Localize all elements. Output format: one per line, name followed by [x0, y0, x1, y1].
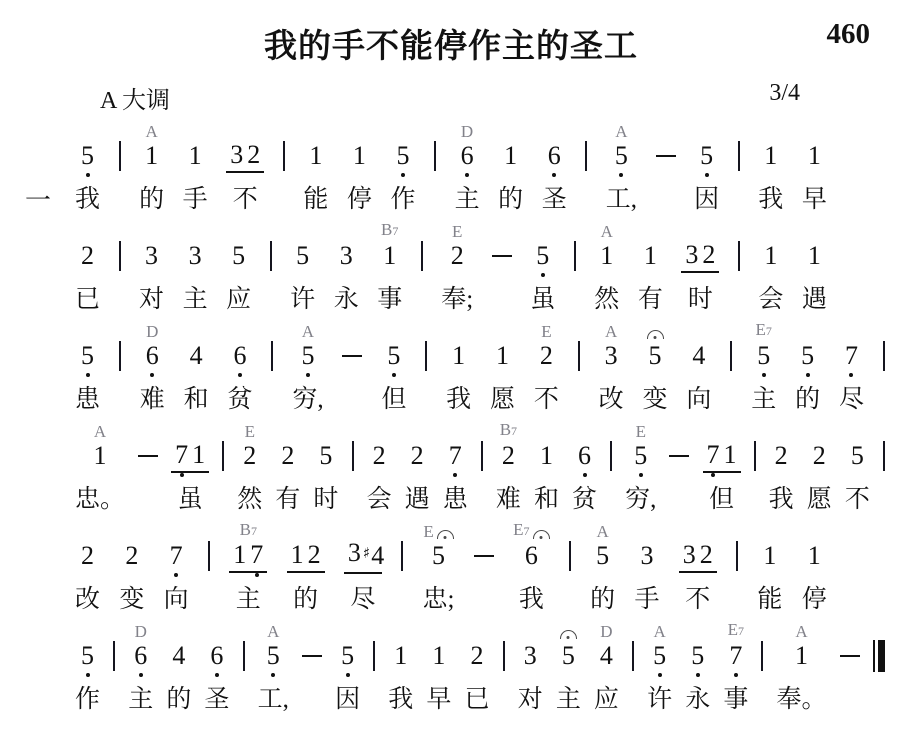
octave-dot-row [574, 271, 576, 280]
note-row: 2 [540, 341, 553, 371]
barline [425, 341, 427, 371]
barline-cell [632, 620, 634, 714]
note-row [738, 141, 740, 171]
lyric-text: 愿 [490, 380, 515, 414]
eighth-group: 32 [681, 240, 719, 273]
note-cell: 5的 [795, 320, 820, 414]
note-digit: 1 [192, 440, 205, 469]
note-cell: 2愿 [807, 420, 832, 514]
note-cell: B72难 [496, 420, 521, 514]
note-digit: 7 [175, 440, 188, 469]
note-digit: 6 [210, 641, 223, 671]
barline-cell [574, 220, 576, 314]
note-cell: D6难 [140, 320, 165, 414]
note-row: 1 [808, 541, 821, 571]
note-row: 1 [540, 441, 553, 471]
note-digit: 3 [189, 241, 202, 271]
barline-cell [271, 320, 273, 414]
note-row: 5 [81, 641, 94, 671]
eighth-group: 71 [703, 440, 741, 473]
barline [119, 141, 121, 171]
note-cell: A5工, [258, 620, 289, 714]
fermata-icon [647, 330, 664, 339]
octave-dot [583, 473, 587, 477]
note-digit: 1 [808, 241, 821, 271]
octave-dot [86, 673, 90, 677]
note-row: 2 [451, 241, 464, 271]
note-row [271, 341, 273, 371]
note-cell: 5我 [75, 120, 100, 214]
chord-slot: E7 [756, 320, 772, 341]
note-row: 5 [801, 341, 814, 371]
note-cell: 6贫 [572, 420, 597, 514]
note-cell: 7向 [164, 520, 189, 614]
note-digit: 5 [691, 641, 704, 671]
barline [503, 641, 505, 671]
note-cell: 1早 [426, 620, 451, 714]
octave-dot-row [761, 671, 763, 680]
duration-dash [474, 555, 494, 558]
note-cell: 5患 [75, 320, 100, 414]
note-cell: 2我 [769, 420, 794, 514]
lyric-text: 工, [258, 680, 289, 714]
note-digit-wrap: 2 [698, 540, 715, 570]
octave-dot-row [492, 271, 512, 280]
note-cell: E76我 [513, 520, 549, 614]
octave-dot-row [503, 671, 505, 680]
lyric-text: 主 [455, 180, 480, 214]
note-cell: 4的 [166, 620, 191, 714]
lyric-text: 我 [446, 380, 471, 414]
octave-dot [255, 573, 259, 577]
note-cell: A5的 [590, 520, 615, 614]
note-row: 2 [502, 441, 515, 471]
time-signature: 3/4 [769, 80, 800, 107]
chord-slot: E [636, 420, 646, 441]
note-row: 6 [578, 441, 591, 471]
note-digit: 1 [189, 141, 202, 171]
chord-label: A [267, 622, 279, 641]
barline [569, 541, 571, 571]
note-digit: 1 [291, 540, 304, 569]
duration-dash [138, 455, 158, 458]
note-digit: 1 [540, 441, 553, 471]
octave-dot-row [578, 371, 580, 380]
note-digit-wrap: 2 [245, 140, 262, 170]
barline-cell [222, 420, 224, 514]
note-cell: E77事 [723, 620, 748, 714]
octave-dot-row [736, 571, 738, 580]
note-cell: 6贫 [228, 320, 253, 414]
note-row [569, 541, 571, 571]
note-digit: 6 [146, 341, 159, 371]
note-row [578, 341, 580, 371]
barline-cell [738, 220, 740, 314]
note-row: 32 [681, 241, 719, 271]
lyric-text: 我 [519, 580, 544, 614]
octave-dot-row [119, 371, 121, 380]
note-cell: D6主 [455, 120, 480, 214]
octave-dot [453, 473, 457, 477]
octave-dot-row [569, 571, 571, 580]
note-cell: 5许 [290, 220, 315, 314]
note-row [138, 441, 158, 471]
note-digit: 2 [247, 140, 260, 169]
lyric-text: 虽 [178, 480, 203, 514]
note-cell: 32时 [681, 220, 719, 314]
note-digit: 6 [461, 141, 474, 171]
note-digit: 2 [451, 241, 464, 271]
octave-dot [174, 573, 178, 577]
note-row: 7 [729, 641, 742, 671]
barline-cell [119, 320, 121, 414]
note-digit: 5 [562, 641, 575, 671]
sheet-music-page: { "header": { "title": "我的手不能停作主的圣工", "n… [0, 0, 902, 746]
note-cell: 5不 [845, 420, 870, 514]
note-digit-wrap: 7 [248, 540, 265, 570]
lyric-text: 停 [802, 580, 827, 614]
chord-slot: A [302, 320, 314, 341]
chord-slot: D [135, 620, 147, 641]
note-digit: 1 [644, 241, 657, 271]
note-digit: 1 [233, 540, 246, 569]
note-cell: 3主 [183, 220, 208, 314]
note-row [736, 541, 738, 571]
lyric-text: 对 [518, 680, 543, 714]
note-row: 2 [373, 441, 386, 471]
barline-cell [610, 420, 612, 514]
octave-dot-row [119, 271, 121, 280]
octave-dot [306, 373, 310, 377]
note-digit: 1 [724, 440, 737, 469]
chord-slot: A [653, 620, 665, 641]
note-digit: 2 [125, 541, 138, 571]
note-digit: 1 [795, 641, 808, 671]
note-row: 71 [703, 441, 741, 471]
lyric-text: 主 [556, 680, 581, 714]
octave-dot-row [669, 471, 689, 480]
octave-dot [215, 673, 219, 677]
note-digit-wrap: 7 [173, 440, 190, 470]
note-cell: 2已 [465, 620, 490, 714]
lyric-text: 但 [381, 380, 406, 414]
note-digit: 4 [692, 341, 705, 371]
barline-cell [373, 620, 375, 714]
note-row [503, 641, 505, 671]
barline-cell [481, 420, 483, 514]
duration-dash [342, 355, 362, 358]
note-cell: 5因 [335, 620, 360, 714]
octave-dot-row [474, 571, 494, 580]
note-row: 2 [471, 641, 484, 671]
note-cell: 2遇 [405, 420, 430, 514]
final-barline-thin [873, 640, 875, 672]
note-digit: 5 [81, 341, 94, 371]
octave-dot [658, 673, 662, 677]
note-cell: E2奉; [441, 220, 473, 314]
note-digit: 1 [383, 241, 396, 271]
chord-slot: E [245, 420, 255, 441]
lyric-text: 早 [426, 680, 451, 714]
octave-dot [150, 373, 154, 377]
octave-dot-row [610, 471, 612, 480]
note-digit: 5 [296, 241, 309, 271]
note-cell: B71事 [377, 220, 402, 314]
octave-dot-row [840, 671, 860, 680]
note-cell: 2已 [75, 220, 100, 314]
lyric-text: 穷, [292, 380, 323, 414]
note-row [492, 241, 512, 271]
lyric-text: 许 [290, 280, 315, 314]
note-row [873, 641, 885, 671]
note-digit: 2 [700, 540, 713, 569]
note-row: 7 [449, 441, 462, 471]
barline [738, 241, 740, 271]
note-cell: 1遇 [802, 220, 827, 314]
note-row: 5 [319, 441, 332, 471]
note-cell: 1和 [534, 420, 559, 514]
note-cell: 1能 [303, 120, 328, 214]
note-row [421, 241, 423, 271]
note-row [669, 441, 689, 471]
octave-dot-row [873, 671, 885, 680]
barline-cell [578, 320, 580, 414]
note-cell: 2会 [367, 420, 392, 514]
note-digit: 2 [281, 441, 294, 471]
note-digit: 3 [685, 240, 698, 269]
lyric-text: 主 [128, 680, 153, 714]
barline-cell [434, 120, 436, 214]
lyric-text: 能 [757, 580, 782, 614]
lyric-text: 会 [367, 480, 392, 514]
note-row: 3 [189, 241, 202, 271]
note-cell: A1忠。 [75, 420, 125, 514]
lyric-text: 已 [465, 680, 490, 714]
octave-dot-row [425, 371, 427, 380]
note-row: 3 [605, 341, 618, 371]
note-row: 7 [845, 341, 858, 371]
note-digit: 5 [634, 441, 647, 471]
chord-slot: B7 [240, 520, 257, 541]
duration-dash [302, 655, 322, 658]
note-digit: 3 [605, 341, 618, 371]
lyric-text: 遇 [405, 480, 430, 514]
note-row [352, 441, 354, 471]
note-row [883, 341, 885, 371]
note-digit: 3 [340, 241, 353, 271]
octave-dot-row [208, 571, 210, 580]
note-row: 32 [226, 141, 264, 171]
note-cell: 1愿 [490, 320, 515, 414]
barline-cell [421, 220, 423, 314]
note-cell: 5作 [390, 120, 415, 214]
note-cell: 6圣 [542, 120, 567, 214]
barline [585, 141, 587, 171]
music-line: 2已3对3主5应5许3永B71事E2奉;5虽A1然1有32时1会1遇 [75, 220, 885, 320]
note-digit: 5 [396, 141, 409, 171]
note-row [883, 441, 885, 471]
note-cell: 5因 [694, 120, 719, 214]
eighth-group: 32 [679, 540, 717, 573]
barline-cell [754, 420, 756, 514]
note-row [425, 341, 427, 371]
note-digit: 7 [729, 641, 742, 671]
note-row [119, 141, 121, 171]
dash-cell [342, 320, 362, 414]
hymn-number: 460 [827, 18, 871, 51]
chord-label: E7 [513, 520, 529, 541]
lyric-text: 穷, [625, 480, 656, 514]
chord-label: E [636, 422, 646, 441]
lyric-text: 的 [795, 380, 820, 414]
note-cell: 7患 [443, 420, 468, 514]
barline [632, 641, 634, 671]
note-cell: E5穷, [625, 420, 656, 514]
barline-cell [569, 520, 571, 614]
octave-dot-row [138, 471, 158, 480]
note-row: 4 [692, 341, 705, 371]
barline-cell [270, 220, 272, 314]
barline-cell [208, 520, 210, 614]
barline [222, 441, 224, 471]
note-cell: 32不 [679, 520, 717, 614]
chord-label: E [541, 322, 551, 341]
note-digit: 5 [81, 141, 94, 171]
chord-slot: B7 [381, 220, 398, 241]
note-row: 2 [281, 441, 294, 471]
note-cell: 1我 [446, 320, 471, 414]
octave-dot-row [481, 471, 483, 480]
note-digit: 3 [145, 241, 158, 271]
lyric-text: 和 [534, 480, 559, 514]
note-digit: 3 [683, 540, 696, 569]
note-cell: 4和 [184, 320, 209, 414]
lyric-text: 事 [377, 280, 402, 314]
note-cell: B717主 [229, 520, 267, 614]
note-row: 5 [851, 441, 864, 471]
lyric-text: 但 [709, 480, 734, 514]
note-row [342, 341, 362, 371]
lyric-text: 的 [166, 680, 191, 714]
chord-label: D [600, 622, 612, 641]
note-row: 6 [548, 141, 561, 171]
note-row: 71 [171, 441, 209, 471]
barline-cell [883, 420, 885, 514]
octave-dot [392, 373, 396, 377]
note-row: 6 [461, 141, 474, 171]
note-digit: 1 [764, 241, 777, 271]
fermata-icon [437, 530, 454, 539]
chord-slot: A [615, 120, 627, 141]
note-row: 5 [615, 141, 628, 171]
note-row [656, 141, 676, 171]
note-digit: 1 [353, 141, 366, 171]
barline [208, 541, 210, 571]
note-digit: 2 [502, 441, 515, 471]
note-cell: 3手 [634, 520, 659, 614]
chord-label: A [597, 522, 609, 541]
note-digit-wrap: 2 [306, 540, 323, 570]
meta-row: A 大调 3/4 [0, 80, 902, 116]
barline [578, 341, 580, 371]
note-cell: D6主 [128, 620, 153, 714]
barline [243, 641, 245, 671]
octave-dot-row [883, 371, 885, 380]
lyric-text: 的 [293, 580, 318, 614]
note-row: 5 [649, 341, 662, 371]
note-cell: 3对 [518, 620, 543, 714]
note-digit: 5 [757, 341, 770, 371]
note-digit: 1 [394, 641, 407, 671]
note-row: 5 [387, 341, 400, 371]
barline-cell [119, 220, 121, 314]
lyric-text: 我 [75, 180, 100, 214]
note-row: 5 [596, 541, 609, 571]
note-digit: 6 [134, 641, 147, 671]
chord-label: E7 [728, 620, 744, 641]
chord-label: B7 [381, 220, 398, 241]
barline [421, 241, 423, 271]
chord-label: A [302, 322, 314, 341]
note-digit: 2 [308, 540, 321, 569]
lyric-text: 能 [303, 180, 328, 214]
music-line: A1忠。71虽E2然2有5时2会2遇7患B72难1和6贫E5穷,71但2我2愿5… [75, 420, 885, 520]
note-cell: 71但 [703, 420, 741, 514]
note-row: 6 [146, 341, 159, 371]
octave-dot [849, 373, 853, 377]
note-cell: 5应 [226, 220, 251, 314]
note-cell: 1停 [347, 120, 372, 214]
barline [481, 441, 483, 471]
note-cell: 6圣 [204, 620, 229, 714]
note-digit: 2 [775, 441, 788, 471]
barline [271, 341, 273, 371]
note-row: 5 [232, 241, 245, 271]
lyric-text: 的 [498, 180, 523, 214]
note-digit-wrap: ♯4 [363, 538, 380, 571]
lyric-text: 贫 [572, 480, 597, 514]
dash-cell [840, 620, 860, 714]
note-digit: 5 [319, 441, 332, 471]
barline-cell [761, 620, 763, 714]
note-digit: 7 [845, 341, 858, 371]
octave-dot [639, 473, 643, 477]
chord-slot: E [423, 520, 453, 541]
music-line: 5我A1的1手32不1能1停5作D6主1的6圣A5工,5因1我1早 [75, 120, 885, 220]
lyric-text: 改 [599, 380, 624, 414]
barline [574, 241, 576, 271]
lyric-text: 主 [183, 280, 208, 314]
note-row: 2 [775, 441, 788, 471]
note-digit: 5 [596, 541, 609, 571]
note-row: 5 [536, 241, 549, 271]
note-cell: 7尽 [839, 320, 864, 414]
note-row: 3 [340, 241, 353, 271]
note-row: 5 [653, 641, 666, 671]
lyric-text: 我 [769, 480, 794, 514]
barline-cell [730, 320, 732, 414]
lyric-text: 作 [390, 180, 415, 214]
octave-dot-row [243, 671, 245, 680]
note-row: 1 [763, 541, 776, 571]
chord-slot: A [94, 420, 106, 441]
note-cell: E75主 [751, 320, 776, 414]
lyric-text: 时 [313, 480, 338, 514]
note-cell: A5许 [647, 620, 672, 714]
chord-slot: E7 [728, 620, 744, 641]
octave-dot [271, 673, 275, 677]
note-row: 7 [170, 541, 183, 571]
